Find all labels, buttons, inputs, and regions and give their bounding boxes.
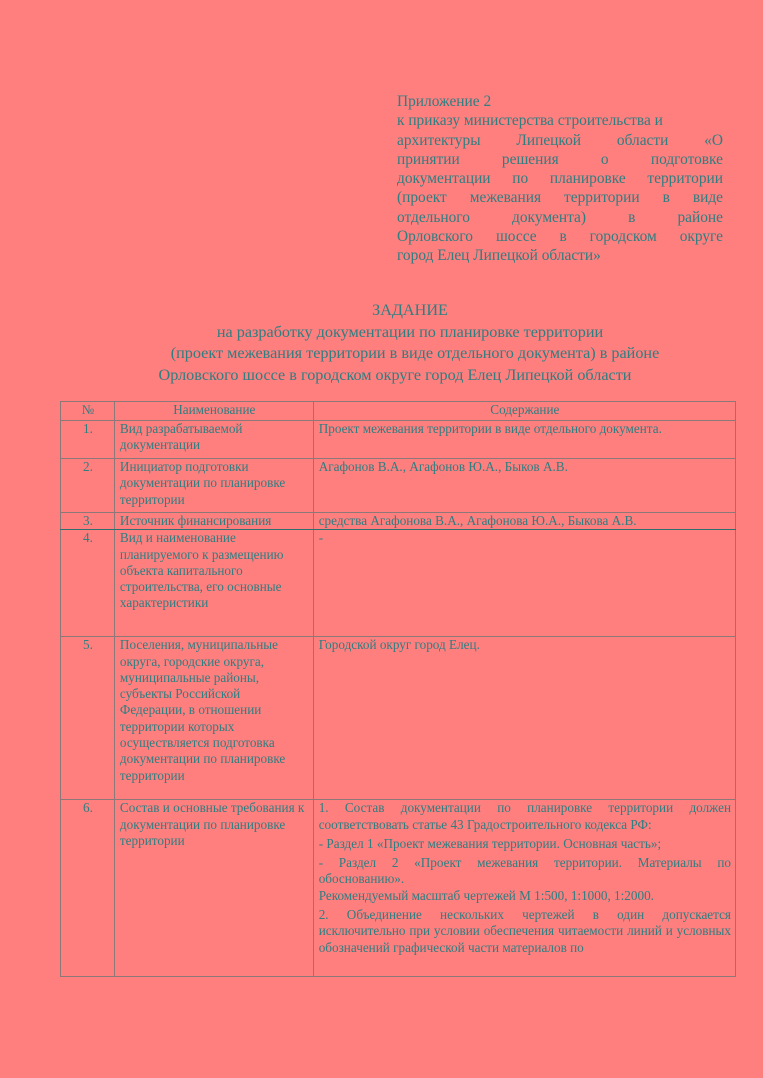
appendix-line: принятии решения о подготовке bbox=[397, 150, 723, 169]
table-row: 4. Вид и наименование планируемого к раз… bbox=[61, 530, 736, 637]
task-table: № Наименование Содержание 1. Вид разраба… bbox=[60, 401, 736, 977]
content-paragraph: 1. Состав документации по планировке тер… bbox=[319, 800, 731, 833]
appendix-title: Приложение 2 bbox=[397, 92, 723, 111]
row-name: Источник финансирования bbox=[114, 513, 313, 530]
row-name: Инициатор подготовки документации по пла… bbox=[114, 459, 313, 513]
task-subtitle-line: (проект межевания территории в виде отде… bbox=[100, 343, 700, 365]
row-name: Вид и наименование планируемого к размещ… bbox=[114, 530, 313, 637]
appendix-line: к приказу министерства строительства и bbox=[397, 111, 723, 130]
content-paragraph: Рекомендуемый масштаб чертежей М 1:500, … bbox=[319, 888, 731, 904]
row-content: средства Агафонова В.А., Агафонова Ю.А.,… bbox=[313, 513, 735, 530]
row-name: Состав и основные требования к документа… bbox=[114, 800, 313, 977]
row-content: - bbox=[313, 530, 735, 637]
row-content: Проект межевания территории в виде отдел… bbox=[313, 421, 735, 459]
content-paragraph: - Раздел 2 «Проект межевания территории.… bbox=[319, 855, 731, 888]
row-content: 1. Состав документации по планировке тер… bbox=[313, 800, 735, 977]
row-name: Поселения, муниципальные округа, городск… bbox=[114, 637, 313, 800]
row-content: Городской округ город Елец. bbox=[313, 637, 735, 800]
task-subtitle-line: на разработку документации по планировке… bbox=[100, 322, 700, 344]
table-row: 3. Источник финансирования средства Агаф… bbox=[61, 513, 736, 530]
header-number: № bbox=[61, 402, 115, 421]
row-number: 2. bbox=[61, 459, 115, 513]
content-line: - bbox=[319, 530, 731, 546]
row-name: Вид разрабатываемой документации bbox=[114, 421, 313, 459]
appendix-line: город Елец Липецкой области» bbox=[397, 246, 723, 265]
appendix-line: Орловского шоссе в городском округе bbox=[397, 227, 723, 246]
table-row: 5. Поселения, муниципальные округа, горо… bbox=[61, 637, 736, 800]
appendix-line: отдельного документа) в районе bbox=[397, 208, 723, 227]
content-line: Проект межевания территории в виде отдел… bbox=[319, 421, 731, 437]
appendix-header: Приложение 2 к приказу министерства стро… bbox=[397, 92, 723, 266]
appendix-line: (проект межевания территории в виде bbox=[397, 188, 723, 207]
content-paragraph: 2. Объединение нескольких чертежей в оди… bbox=[319, 907, 731, 956]
content-line: средства Агафонова В.А., Агафонова Ю.А.,… bbox=[319, 513, 731, 529]
row-number: 4. bbox=[61, 530, 115, 637]
row-number: 5. bbox=[61, 637, 115, 800]
content-paragraph: - Раздел 1 «Проект межевания территории.… bbox=[319, 836, 731, 852]
task-heading-block: ЗАДАНИЕ на разработку документации по пл… bbox=[100, 300, 700, 386]
appendix-line: документации по планировке территории bbox=[397, 169, 723, 188]
task-subtitle-line: Орловского шоссе в городском округе горо… bbox=[90, 365, 700, 387]
header-content: Содержание bbox=[313, 402, 735, 421]
row-number: 3. bbox=[61, 513, 115, 530]
row-content: Агафонов В.А., Агафонов Ю.А., Быков А.В. bbox=[313, 459, 735, 513]
row-number: 6. bbox=[61, 800, 115, 977]
table-row: 2. Инициатор подготовки документации по … bbox=[61, 459, 736, 513]
content-line: Агафонов В.А., Агафонов Ю.А., Быков А.В. bbox=[319, 459, 731, 475]
appendix-line: архитектуры Липецкой области «О bbox=[397, 131, 723, 150]
table-row: 6. Состав и основные требования к докуме… bbox=[61, 800, 736, 977]
table-row: 1. Вид разрабатываемой документации Прое… bbox=[61, 421, 736, 459]
content-line: Городской округ город Елец. bbox=[319, 637, 731, 653]
task-heading: ЗАДАНИЕ bbox=[100, 300, 700, 322]
row-number: 1. bbox=[61, 421, 115, 459]
header-name: Наименование bbox=[114, 402, 313, 421]
table-header-row: № Наименование Содержание bbox=[61, 402, 736, 421]
